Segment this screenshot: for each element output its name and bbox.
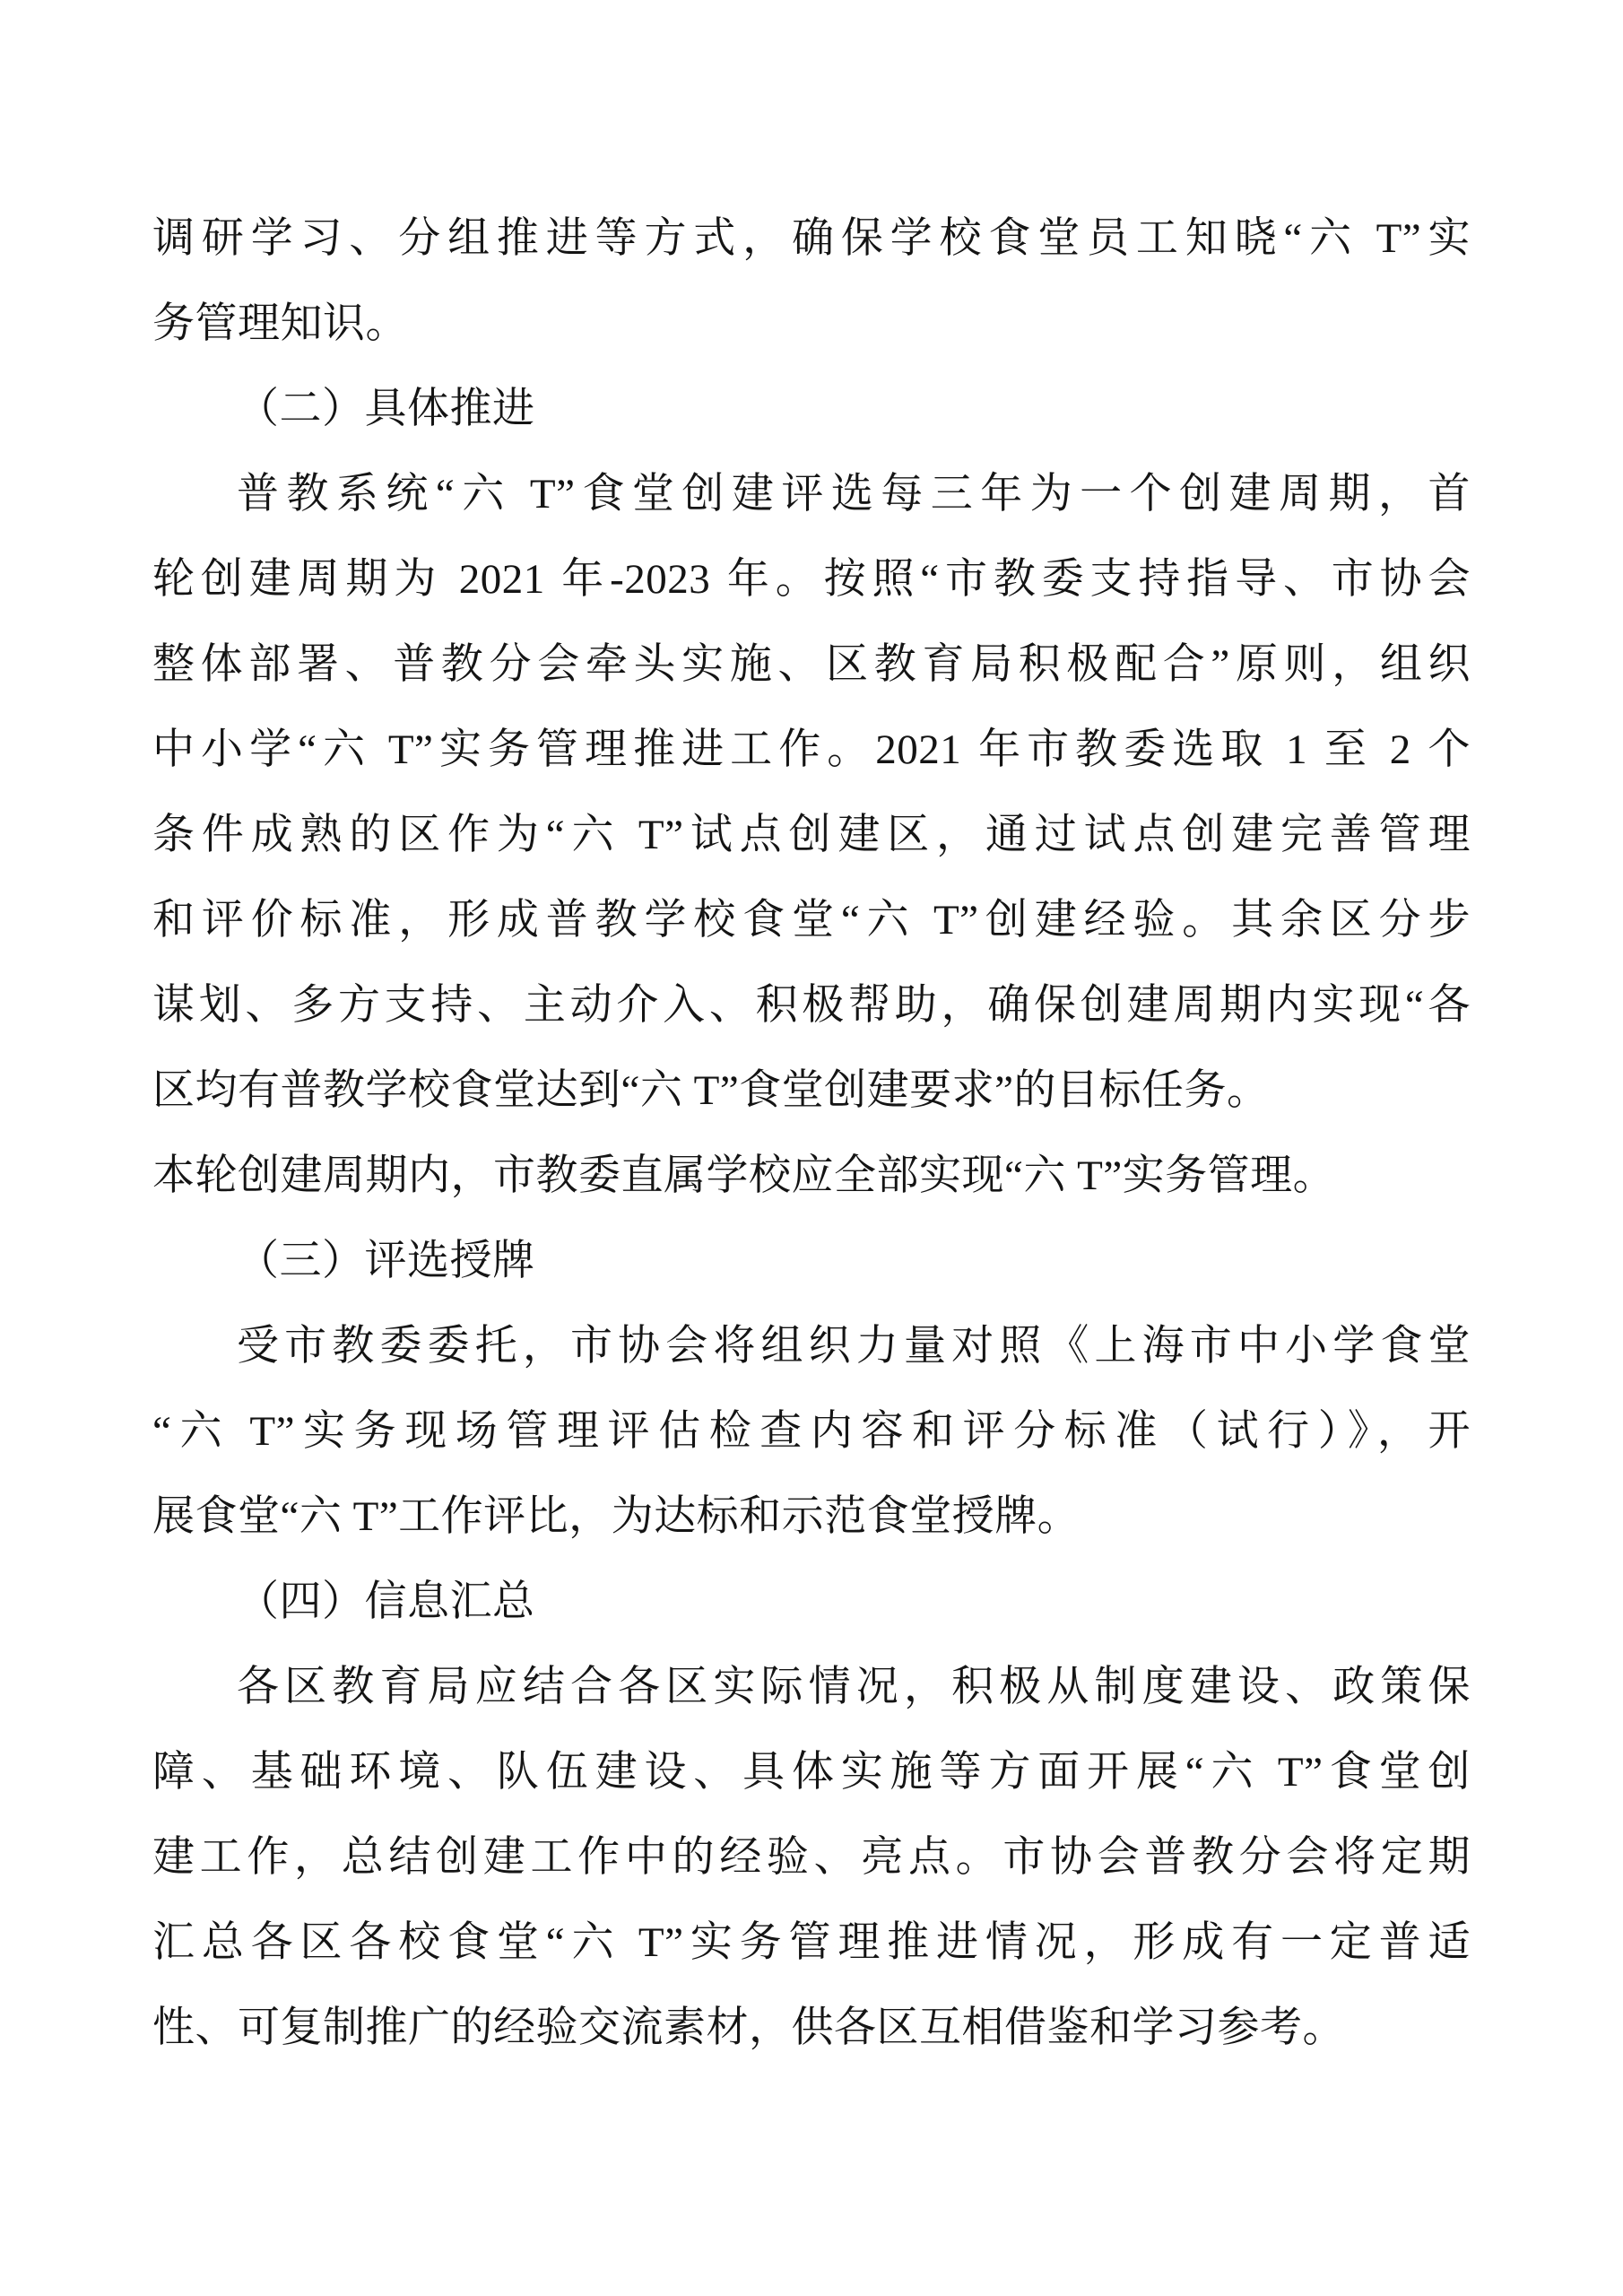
text-line: 建工作，总结创建工作中的经验、亮点。市协会普教分会将定期 [152,1815,1471,1900]
text-line: 谋划、多方支持、主动介入、积极帮助，确保创建周期内实现“各 [152,963,1471,1048]
text-line: （四）信息汇总 [152,1560,1471,1645]
text-line: 障、基础环境、队伍建设、具体实施等方面开展“六 T”食堂创 [152,1730,1471,1815]
text-line: 中小学“六 T”实务管理推进工作。2021 年市教委选取 1 至 2 个 [152,708,1471,793]
text-line: 条件成熟的区作为“六 T”试点创建区，通过试点创建完善管理 [152,793,1471,878]
text-line: 务管理知识。 [152,282,1471,367]
text-line: 区均有普教学校食堂达到“六 T”食堂创建要求”的目标任务。 [152,1048,1471,1134]
document-body: 调研学习、分组推进等方式，确保学校食堂员工知晓“六 T”实务管理知识。（二）具体… [152,196,1471,2071]
document-page: 调研学习、分组推进等方式，确保学校食堂员工知晓“六 T”实务管理知识。（二）具体… [0,0,1623,2296]
text-line: 轮创建周期为 2021 年-2023 年。按照“市教委支持指导、市协会 [152,537,1471,622]
text-line: （三）评选授牌 [152,1219,1471,1304]
text-line: “六 T”实务现场管理评估检查内容和评分标准（试行）》，开 [152,1389,1471,1474]
text-line: 调研学习、分组推进等方式，确保学校食堂员工知晓“六 T”实 [152,196,1471,282]
text-line: 整体部署、普教分会牵头实施、区教育局积极配合”原则，组织 [152,622,1471,708]
text-line: （二）具体推进 [152,367,1471,452]
text-line: 本轮创建周期内，市教委直属学校应全部实现“六 T”实务管理。 [152,1134,1471,1219]
text-line: 性、可复制推广的经验交流素材，供各区互相借鉴和学习参考。 [152,1986,1471,2071]
text-line: 各区教育局应结合各区实际情况，积极从制度建设、政策保 [152,1645,1471,1730]
text-line: 和评价标准，形成普教学校食堂“六 T”创建经验。其余区分步 [152,878,1471,963]
text-line: 展食堂“六 T”工作评比，为达标和示范食堂授牌。 [152,1474,1471,1560]
text-line: 普教系统“六 T”食堂创建评选每三年为一个创建周期，首 [152,452,1471,537]
text-line: 汇总各区各校食堂“六 T”实务管理推进情况，形成有一定普适 [152,1900,1471,1986]
text-line: 受市教委委托，市协会将组织力量对照《上海市中小学食堂 [152,1304,1471,1389]
